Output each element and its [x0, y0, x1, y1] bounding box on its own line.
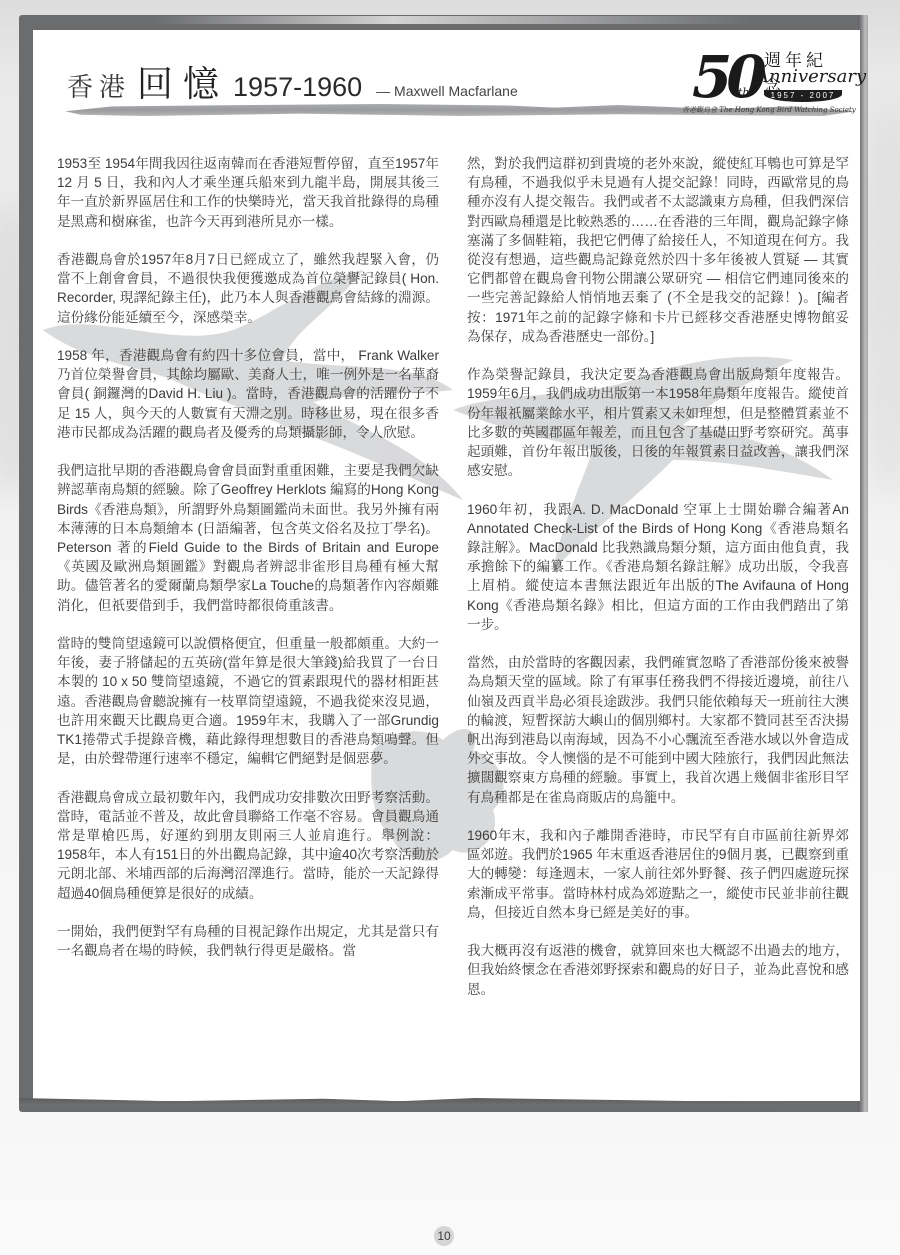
paragraph: 1953至 1954年間我因往返南韓而在香港短暫停留，直至1957年12 月 5… — [57, 154, 439, 231]
paragraph: 香港觀鳥會成立最初數年內，我們成功安排數次田野考察活動。當時，電話並不普及，故此… — [57, 788, 439, 903]
paragraph: 1960年初，我跟A. D. MacDonald 空軍上士開始聯合編著An An… — [467, 500, 849, 634]
article-column-left: 1953至 1954年間我因往返南韓而在香港短暫停留，直至1957年12 月 5… — [57, 154, 439, 960]
paragraph: 然，對於我們這群初到貴境的老外來說，縱使紅耳鵯也可算是罕有鳥種，不過我似乎未見過… — [467, 154, 849, 346]
paragraph: 當然，由於當時的客觀因素，我們確實忽略了香港部份後來被譽為鳥類天堂的區域。除了有… — [467, 653, 849, 807]
paragraph: 一開始，我們便對罕有鳥種的目視記錄作出規定，尤其是當只有一名觀鳥者在場的時候，我… — [57, 922, 439, 960]
paragraph: 香港觀鳥會於1957年8月7日已經成立了，雖然我趕緊入會，仍當不上創會會員，不過… — [57, 250, 439, 327]
page-number: 10 — [434, 1226, 454, 1246]
paragraph: 當時的雙筒望遠鏡可以說價格便宜，但重量一般都頗重。大約一年後，妻子將儲起的五英磅… — [57, 634, 439, 768]
article-column-right: 然，對於我們這群初到貴境的老外來說，縱使紅耳鵯也可算是罕有鳥種，不過我似乎未見過… — [467, 154, 849, 999]
paragraph: 1958 年，香港觀鳥會有約四十多位會員，當中， Frank Walker乃首位… — [57, 346, 439, 442]
brush-highlight — [153, 16, 753, 24]
paragraph: 作為榮譽記錄員，我決定要為香港觀鳥會出版鳥類年度報告。1959年6月，我們成功出… — [467, 365, 849, 480]
paragraph: 我們這批早期的香港觀鳥會會員面對重重困難，主要是我們欠缺辨認華南鳥類的經驗。除了… — [57, 461, 439, 615]
paragraph: 我大概再沒有返港的機會，就算回來也大概認不出過去的地方，但我始終懷念在香港郊野探… — [467, 941, 849, 999]
page-paper: 香港 回憶 1957-1960 — Maxwell Macfarlane 50 … — [33, 30, 860, 1101]
paragraph: 1960年末，我和內子離開香港時，市民罕有自市區前往新界郊區郊遊。我們於1965… — [467, 826, 849, 922]
